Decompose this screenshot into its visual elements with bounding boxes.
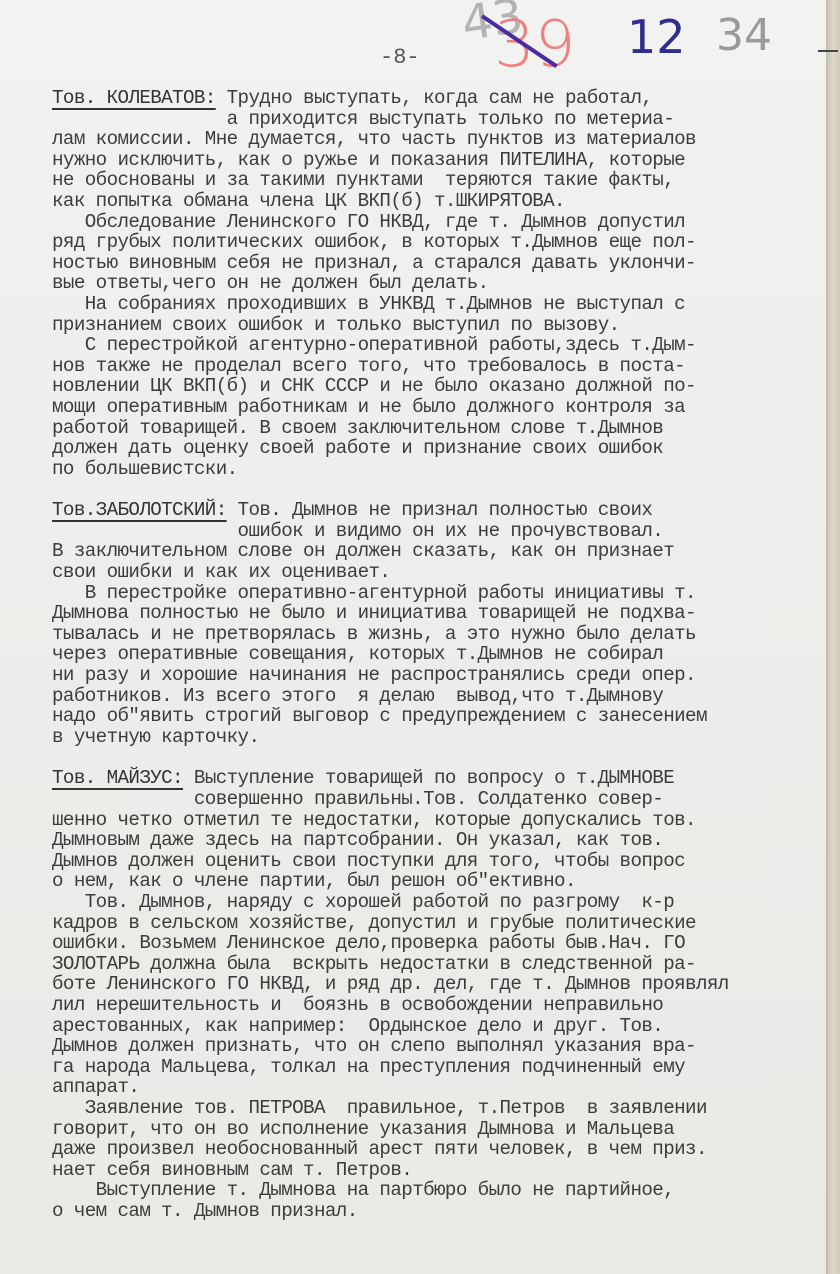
text-line: нает себя виновным сам т. Петров. [52,1160,822,1181]
edge-mark [818,50,838,52]
text-line: ни разу и хорошие начинания не распростр… [52,665,822,686]
text-line: в учетную карточку. [52,727,822,748]
text-line: Выступление товарищей по вопросу о т.ДЫМ… [183,767,674,789]
text-line: Дымновым даже здесь на партсобрании. Он … [52,830,822,851]
text-line: не обоснованы и за такими пунктами теряю… [52,170,822,191]
speech-section: Тов. КОЛЕВАТОВ: Трудно выступать, когда … [52,88,822,479]
text-line: шенно четко отметил те недостатки, котор… [52,810,822,831]
text-line: ностью виновным себя не признал, а стара… [52,253,822,274]
text-line: боте Ленинского ГО НКВД, и ряд др. дел, … [52,974,822,995]
text-line: Заявление тов. ПЕТРОВА правильное, т.Пет… [52,1098,822,1119]
speaker-name: Тов. КОЛЕВАТОВ: [52,87,216,109]
text-line: свои ошибки и как их оценивает. [52,562,822,583]
text-line: мощи оперативным работникам и не было до… [52,397,822,418]
text-line: нужно исключить, как о ружье и показания… [52,150,822,171]
speech-section: Тов.ЗАБОЛОТСКИЙ: Тов. Дымнов не признал … [52,500,822,747]
page-number: -8- [380,45,420,70]
text-line: Обследование Ленинского ГО НКВД, где т. … [52,212,822,233]
text-line: ЗОЛОТАРЬ должна была вскрыть недостатки … [52,954,822,975]
speaker-name: Тов. МАЙЗУС: [52,767,183,789]
text-line: Тов. Дымнов не признал полностью своих [227,499,653,521]
text-line: лам комиссии. Мне думается, что часть пу… [52,129,822,150]
text-line: С перестройкой агентурно-оперативной раб… [52,335,822,356]
handwritten-red-folio: 39 [494,8,575,82]
text-line: ошибки. Возьмем Ленинское дело,проверка … [52,933,822,954]
text-line: даже произвел необоснованный арест пяти … [52,1139,822,1160]
text-line: Дымнов должен оценить свои поступки для … [52,851,822,872]
handwritten-grey-folio: 34 [716,10,772,61]
text-line: нов также не проделал всего того, что тр… [52,356,822,377]
text-line: через оперативные совещания, которых т.Д… [52,644,822,665]
text-line: а приходится выступать только по метериа… [52,109,822,130]
text-line: о нем, как о члене партии, был решон об"… [52,871,822,892]
text-line: ошибок и видимо он их не прочувствовал. [52,521,822,542]
text-line: должен дать оценку своей работе и призна… [52,438,822,459]
text-line: В заключительном слове он должен сказать… [52,541,822,562]
text-line: аппарат. [52,1077,822,1098]
text-line: Дымнов должен признать, что он слепо вып… [52,1036,822,1057]
handwritten-blue-folio: 12 [627,10,686,64]
text-line: Дымнова полностью не было и инициатива т… [52,603,822,624]
text-line: о чем сам т. Дымнов признал. [52,1201,822,1222]
text-line: работой товарищей. В своем заключительно… [52,418,822,439]
text-line: надо об"явить строгий выговор с предупре… [52,706,822,727]
text-line: Выступление т. Дымнова на партбюро было … [52,1180,822,1201]
text-line: тывалась и не претворялась в жизнь, а эт… [52,624,822,645]
text-line: работников. Из всего этого я делаю вывод… [52,686,822,707]
text-line: арестованных, как например: Ордынское де… [52,1016,822,1037]
speaker-name: Тов.ЗАБОЛОТСКИЙ: [52,499,227,521]
document-body: Тов. КОЛЕВАТОВ: Трудно выступать, когда … [52,88,822,1221]
folder-edge [826,0,840,1274]
text-line: На собраниях проходивших в УНКВД т.Дымно… [52,294,822,315]
text-line: как попытка обмана члена ЦК ВКП(б) т.ШКИ… [52,191,822,212]
text-line: ряд грубых политических ошибок, в которы… [52,232,822,253]
text-line: вые ответы,чего он не должен был делать. [52,273,822,294]
text-line: Трудно выступать, когда сам не работал, [216,87,653,109]
speech-section: Тов. МАЙЗУС: Выступление товарищей по во… [52,768,822,1221]
text-line: говорит, что он во исполнение указания Д… [52,1119,822,1140]
text-line: по большевистски. [52,459,822,480]
text-line: совершенно правильны.Тов. Солдатенко сов… [52,789,822,810]
text-line: кадров в сельском хозяйстве, допустил и … [52,913,822,934]
text-line: признанием своих ошибок и только выступи… [52,315,822,336]
text-line: лил нерешительность и боязнь в освобожде… [52,995,822,1016]
text-line: новлении ЦК ВКП(б) и СНК СССР и не было … [52,376,822,397]
text-line: Тов. Дымнов, наряду с хорошей работой по… [52,892,822,913]
text-line: В перестройке оперативно-агентурной рабо… [52,583,822,604]
text-line: га народа Мальцева, толкал на преступлен… [52,1057,822,1078]
